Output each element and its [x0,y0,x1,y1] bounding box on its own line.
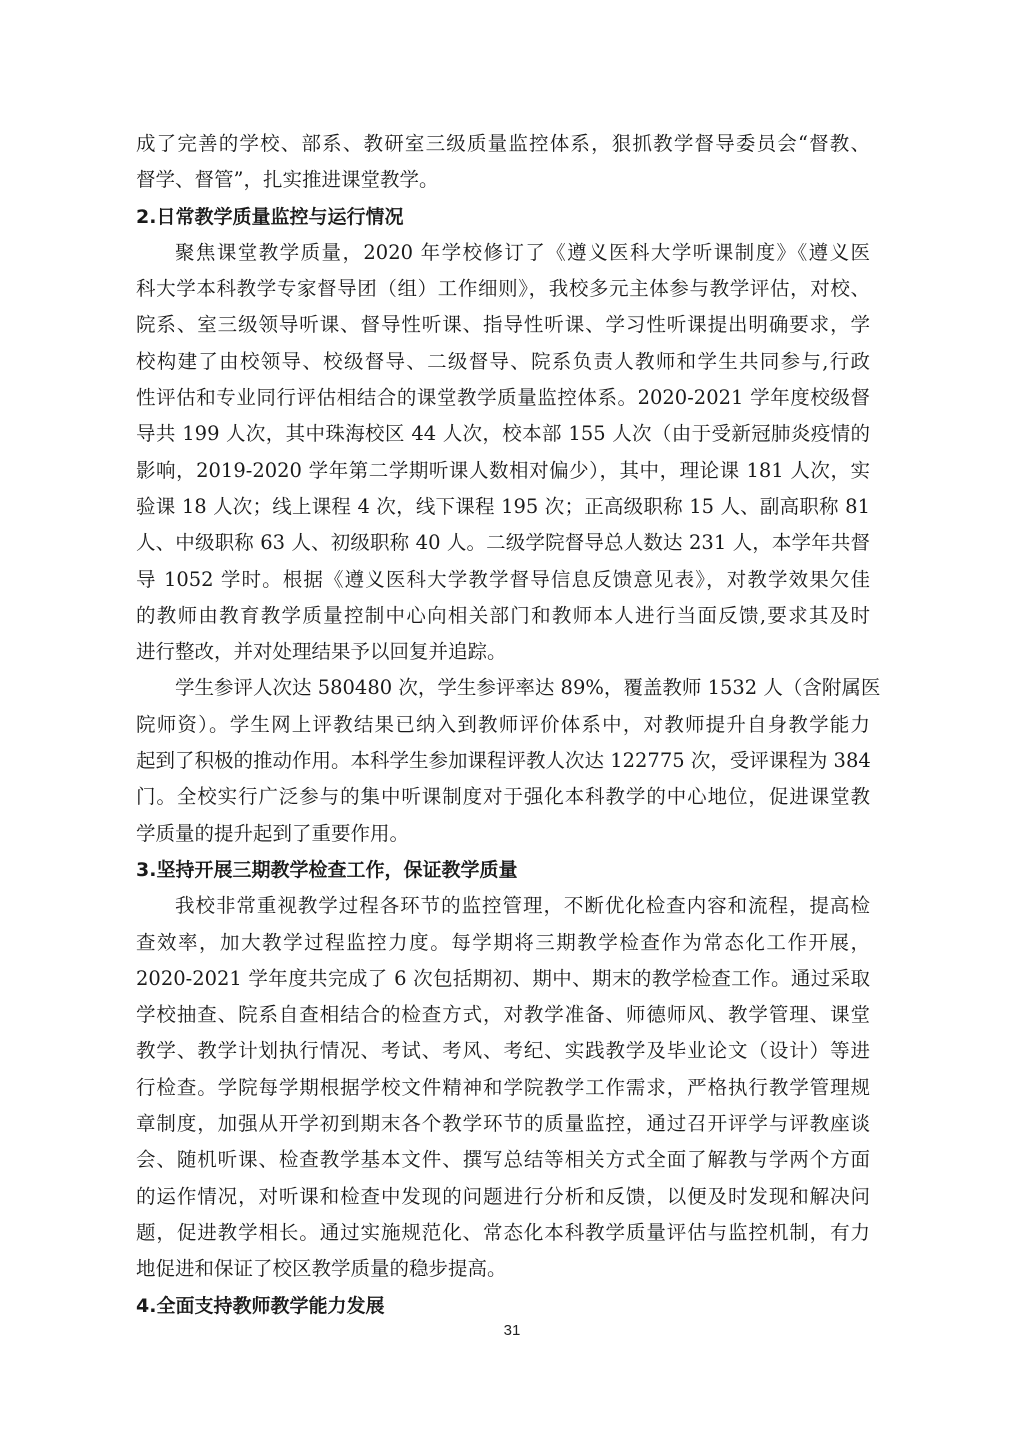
section-heading-2: 2.日常教学质量监控与运行情况 [136,199,870,235]
text-line: 科大学本科教学专家督导团（组）工作细则》，我校多元主体参与教学评估，对校、 [136,271,870,307]
text-line: 章制度，加强从开学初到期末各个教学环节的质量监控，通过召开评学与评教座谈 [136,1106,870,1142]
document-page: 成了完善的学校、部系、教研室三级质量监控体系，狠抓教学督导委员会“督教、 督学、… [0,0,1024,1448]
text-line: 校构建了由校领导、校级督导、二级督导、院系负责人教师和学生共同参与,行政 [136,344,870,380]
text-line: 导共 199 人次，其中珠海校区 44 人次，校本部 155 人次（由于受新冠肺… [136,416,870,452]
page-number: 31 [0,1322,1024,1339]
text-line: 院系、室三级领导听课、督导性听课、指导性听课、学习性听课提出明确要求，学 [136,307,870,343]
text-line: 我校非常重视教学过程各环节的监控管理，不断优化检查内容和流程，提高检 [136,888,870,924]
page-content: 成了完善的学校、部系、教研室三级质量监控体系，狠抓教学督导委员会“督教、 督学、… [136,126,870,1324]
text-line: 进行整改，并对处理结果予以回复并追踪。 [136,634,870,670]
text-line: 题，促进教学相长。通过实施规范化、常态化本科教学质量评估与监控机制，有力 [136,1215,870,1251]
text-line: 2020-2021 学年度共完成了 6 次包括期初、期中、期末的教学检查工作。通… [136,961,870,997]
text-line: 性评估和专业同行评估相结合的课堂教学质量监控体系。2020-2021 学年度校级… [136,380,870,416]
text-line: 学校抽查、院系自查相结合的检查方式，对教学准备、师德师风、教学管理、课堂 [136,997,870,1033]
paragraph-student-evaluation: 学生参评人次达 580480 次，学生参评率达 89%，覆盖教师 1532 人（… [136,670,870,851]
text-line: 聚焦课堂教学质量，2020 年学校修订了《遵义医科大学听课制度》《遵义医 [136,235,870,271]
text-line: 的教师由教育教学质量控制中心向相关部门和教师本人进行当面反馈,要求其及时 [136,598,870,634]
text-line: 人、中级职称 63 人、初级职称 40 人。二级学院督导总人数达 231 人，本… [136,525,870,561]
text-line: 成了完善的学校、部系、教研室三级质量监控体系，狠抓教学督导委员会“督教、 [136,126,870,162]
text-line: 的运作情况，对听课和检查中发现的问题进行分析和反馈，以便及时发现和解决问 [136,1179,870,1215]
paragraph-continuation: 成了完善的学校、部系、教研室三级质量监控体系，狠抓教学督导委员会“督教、 督学、… [136,126,870,199]
text-line: 院师资）。学生网上评教结果已纳入到教师评价体系中，对教师提升自身教学能力 [136,707,870,743]
paragraph-teaching-inspection: 我校非常重视教学过程各环节的监控管理，不断优化检查内容和流程，提高检 查效率，加… [136,888,870,1287]
text-line: 学生参评人次达 580480 次，学生参评率达 89%，覆盖教师 1532 人（… [136,670,870,706]
text-line: 地促进和保证了校区教学质量的稳步提高。 [136,1251,870,1287]
section-heading-3: 3.坚持开展三期教学检查工作，保证教学质量 [136,852,870,888]
section-heading-4: 4.全面支持教师教学能力发展 [136,1288,870,1324]
text-line: 门。全校实行广泛参与的集中听课制度对于强化本科教学的中心地位，促进课堂教 [136,779,870,815]
text-line: 查效率，加大教学过程监控力度。每学期将三期教学检查作为常态化工作开展， [136,925,870,961]
text-line: 教学、教学计划执行情况、考试、考风、考纪、实践教学及毕业论文（设计）等进 [136,1033,870,1069]
text-line: 督学、督管”，扎实推进课堂教学。 [136,162,870,198]
text-line: 导 1052 学时。根据《遵义医科大学教学督导信息反馈意见表》，对教学效果欠佳 [136,562,870,598]
text-line: 影响，2019-2020 学年第二学期听课人数相对偏少），其中，理论课 181 … [136,453,870,489]
text-line: 验课 18 人次；线上课程 4 次，线下课程 195 次；正高级职称 15 人、… [136,489,870,525]
text-line: 起到了积极的推动作用。本科学生参加课程评教人次达 122775 次，受评课程为 … [136,743,870,779]
text-line: 行检查。学院每学期根据学校文件精神和学院教学工作需求，严格执行教学管理规 [136,1070,870,1106]
paragraph-classroom-monitoring: 聚焦课堂教学质量，2020 年学校修订了《遵义医科大学听课制度》《遵义医 科大学… [136,235,870,671]
text-line: 会、随机听课、检查教学基本文件、撰写总结等相关方式全面了解教与学两个方面 [136,1142,870,1178]
text-line: 学质量的提升起到了重要作用。 [136,816,870,852]
